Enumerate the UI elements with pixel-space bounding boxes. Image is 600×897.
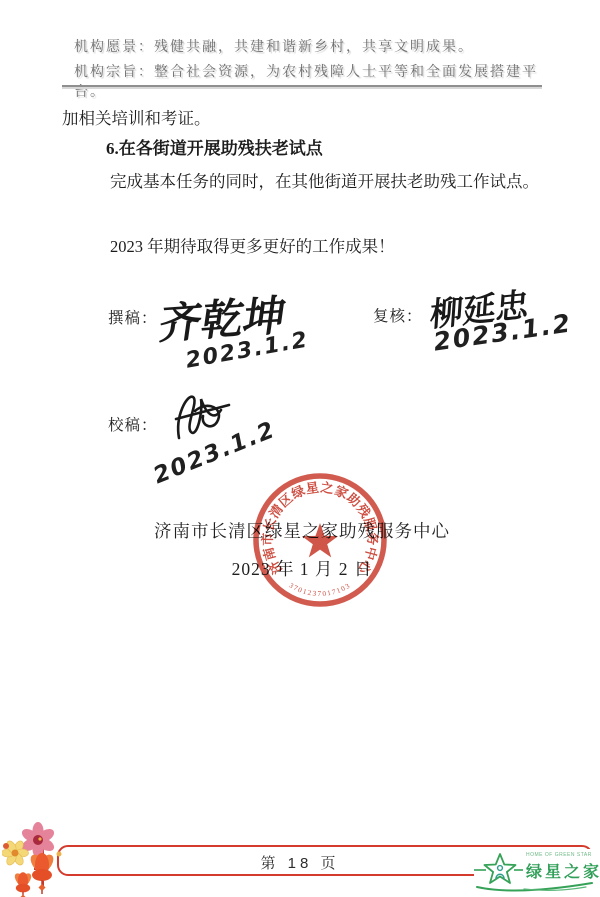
section-paragraph: 完成基本任务的同时，在其他街道开展扶老助残工作试点。	[110, 168, 539, 192]
official-seal: 济南市长清区绿星之家助残服务中心 3701237017103	[250, 470, 390, 610]
seal-star-icon	[302, 523, 338, 557]
logo-tagline: HOME OF GREEN STAR	[526, 852, 592, 858]
review-label: 复核：	[373, 304, 423, 326]
orange-lotus-small	[13, 871, 34, 897]
seal-serial-number: 3701237017103	[288, 581, 353, 598]
logo-text: 绿星之家	[526, 859, 600, 882]
svg-text:3701237017103: 3701237017103	[288, 581, 353, 598]
continued-paragraph: 加相关培训和考证。	[62, 105, 211, 129]
green-star-logo: HOME OF GREEN STAR 绿星之家	[474, 849, 596, 894]
header-vision-line: 机构愿景：残健共融，共建和谐新乡村，共享文明成果。	[74, 36, 544, 56]
section-heading: 6.在各街道开展助残扶老试点	[106, 134, 323, 159]
outlook-line: 2023 年期待取得更多更好的工作成果！	[110, 233, 395, 257]
proof-label: 校稿：	[108, 413, 158, 435]
header-mission-line: 机构宗旨：整合社会资源，为农村残障人士平等和全面发展搭建平台。	[74, 61, 544, 101]
draft-label: 撰稿：	[108, 306, 158, 328]
orange-lotus-large	[27, 852, 56, 894]
header-rule	[62, 85, 542, 87]
document-page: 机构愿景：残健共融，共建和谐新乡村，共享文明成果。 机构宗旨：整合社会资源，为农…	[0, 0, 600, 897]
flower-decoration-icon	[2, 820, 86, 897]
